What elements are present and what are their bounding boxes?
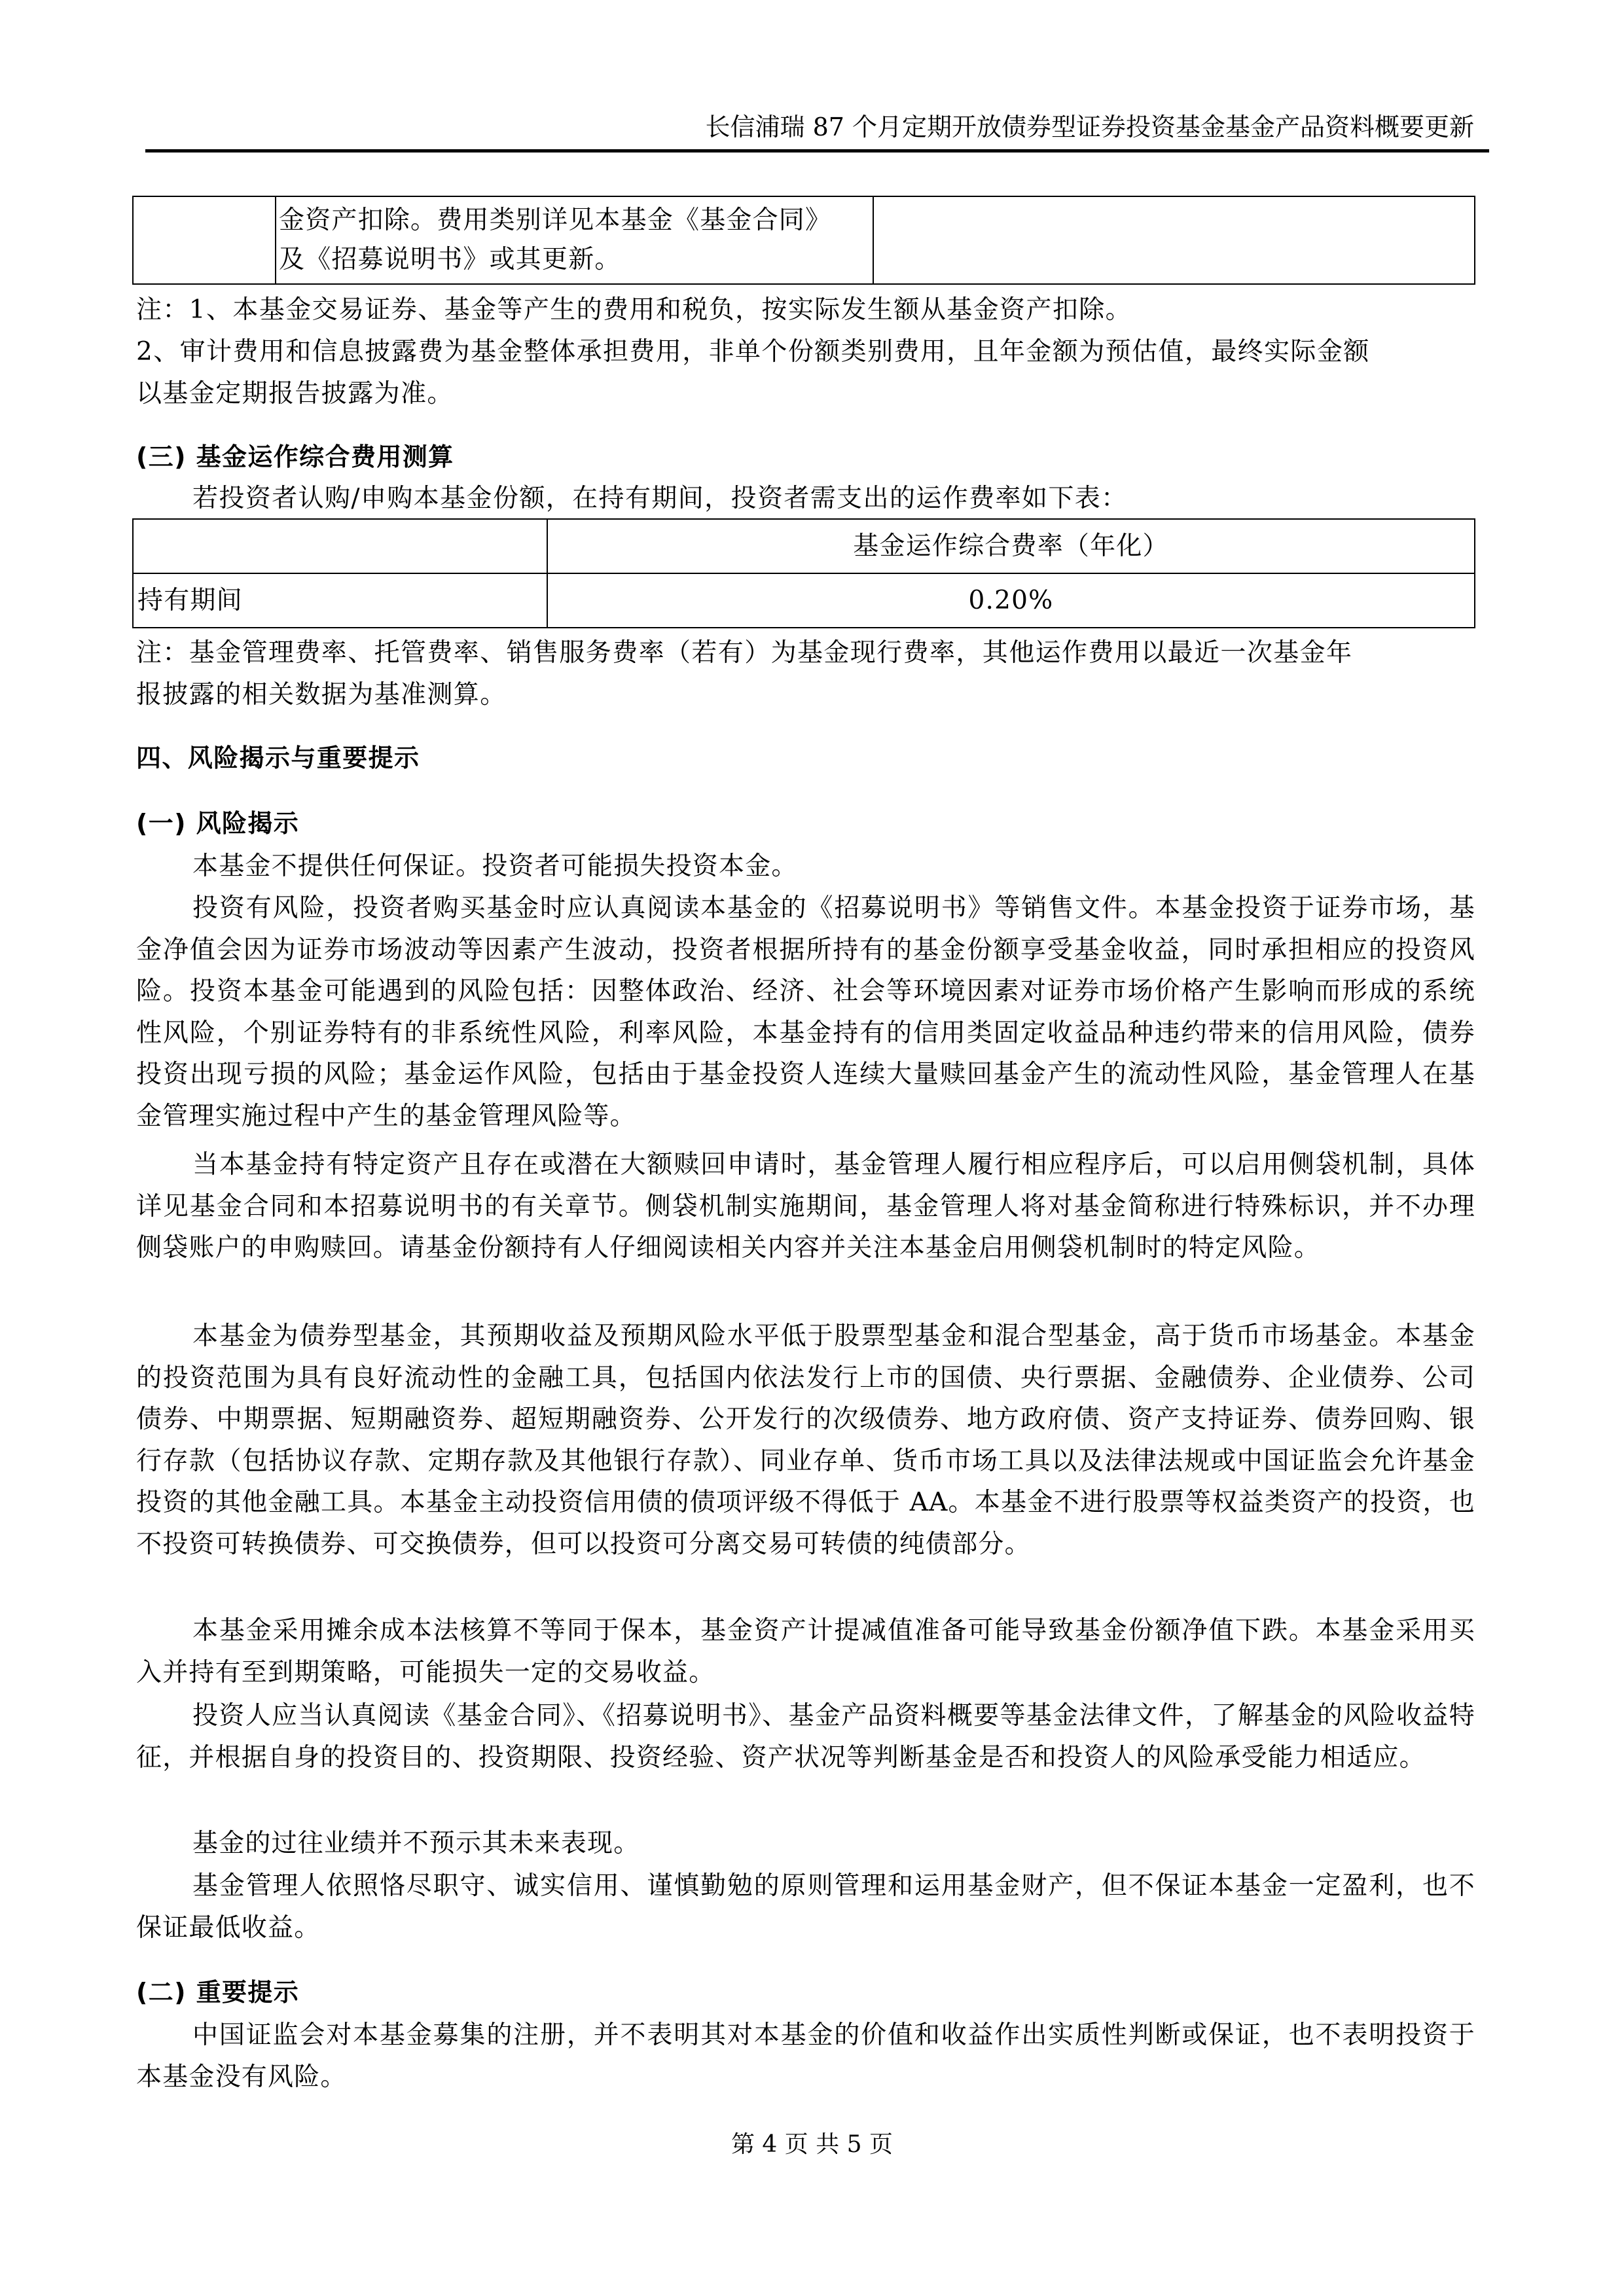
- risk-paragraph: 投资人应当认真阅读《基金合同》、《招募说明书》、基金产品资料概要等基金法律文件，…: [136, 1695, 1475, 1778]
- table-row: 持有期间 0.20%: [133, 573, 1475, 628]
- cell-line: 金资产扣除。费用类别详见本基金《基金合同》: [279, 201, 869, 240]
- risk-paragraph: 投资有风险，投资者购买基金时应认真阅读本基金的《招募说明书》等销售文件。本基金投…: [136, 888, 1475, 1137]
- risk-paragraph: 基金的过往业绩并不预示其未来表现。: [136, 1823, 1475, 1865]
- risk-paragraph: 本基金不提供任何保证。投资者可能损失投资本金。: [136, 846, 1475, 888]
- page-number: 第 4 页 共 5 页: [0, 2126, 1624, 2159]
- document-header-title: 长信浦瑞 87 个月定期开放债券型证券投资基金基金产品资料概要更新: [145, 110, 1474, 144]
- table-row: 金资产扣除。费用类别详见本基金《基金合同》 及《招募说明书》或其更新。: [133, 196, 1475, 284]
- risk-paragraph: 本基金采用摊余成本法核算不等同于保本，基金资产计提减值准备可能导致基金份额净值下…: [136, 1610, 1475, 1693]
- fee-note-1: 注：1、本基金交易证券、基金等产生的费用和税负，按实际发生额从基金资产扣除。: [136, 291, 1132, 330]
- table-cell-rate-value: 0.20%: [547, 573, 1475, 628]
- risk-paragraph: 基金管理人依照恪尽职守、诚实信用、谨慎勤勉的原则管理和运用基金财产，但不保证本基…: [136, 1865, 1475, 1948]
- table-header-cell-rate: 基金运作综合费率（年化）: [547, 519, 1475, 573]
- table-cell-empty: [133, 196, 276, 284]
- operating-fee-table: 基金运作综合费率（年化） 持有期间 0.20%: [132, 518, 1475, 628]
- table-cell-empty: [873, 196, 1475, 284]
- important-paragraph: 中国证监会对本基金募集的注册，并不表明其对本基金的价值和收益作出实质性判断或保证…: [136, 2015, 1475, 2098]
- risk-paragraph: 本基金为债券型基金，其预期收益及预期风险水平低于股票型基金和混合型基金，高于货币…: [136, 1316, 1475, 1565]
- fee-note-2-line-2: 以基金定期报告披露为准。: [136, 374, 454, 414]
- section-3-heading: (三) 基金运作综合费用测算: [136, 437, 454, 476]
- table-cell-fee-description: 金资产扣除。费用类别详见本基金《基金合同》 及《招募说明书》或其更新。: [276, 196, 873, 284]
- section-3-intro: 若投资者认购/申购本基金份额，在持有期间，投资者需支出的运作费率如下表：: [192, 479, 1128, 518]
- fee-note-2-line-1: 2、审计费用和信息披露费为基金整体承担费用，非单个份额类别费用，且年金额为预估值…: [136, 332, 1370, 372]
- important-notice-heading: (二) 重要提示: [136, 1973, 299, 2012]
- fee-table-continued: 金资产扣除。费用类别详见本基金《基金合同》 及《招募说明书》或其更新。: [132, 196, 1475, 285]
- section-3-note-line-1: 注：基金管理费率、托管费率、销售服务费率（若有）为基金现行费率，其他运作费用以最…: [136, 634, 1352, 673]
- table-cell-holding-period: 持有期间: [133, 573, 547, 628]
- risk-paragraph: 当本基金持有特定资产且存在或潜在大额赎回申请时，基金管理人履行相应程序后，可以启…: [136, 1144, 1475, 1269]
- header-rule: [145, 149, 1489, 152]
- table-header-row: 基金运作综合费率（年化）: [133, 519, 1475, 573]
- table-header-cell-empty: [133, 519, 547, 573]
- cell-line: 及《招募说明书》或其更新。: [279, 240, 869, 279]
- section-4-heading: 四、风险揭示与重要提示: [136, 738, 420, 778]
- risk-disclosure-heading: (一) 风险揭示: [136, 804, 299, 843]
- section-3-note-line-2: 报披露的相关数据为基准测算。: [136, 675, 507, 715]
